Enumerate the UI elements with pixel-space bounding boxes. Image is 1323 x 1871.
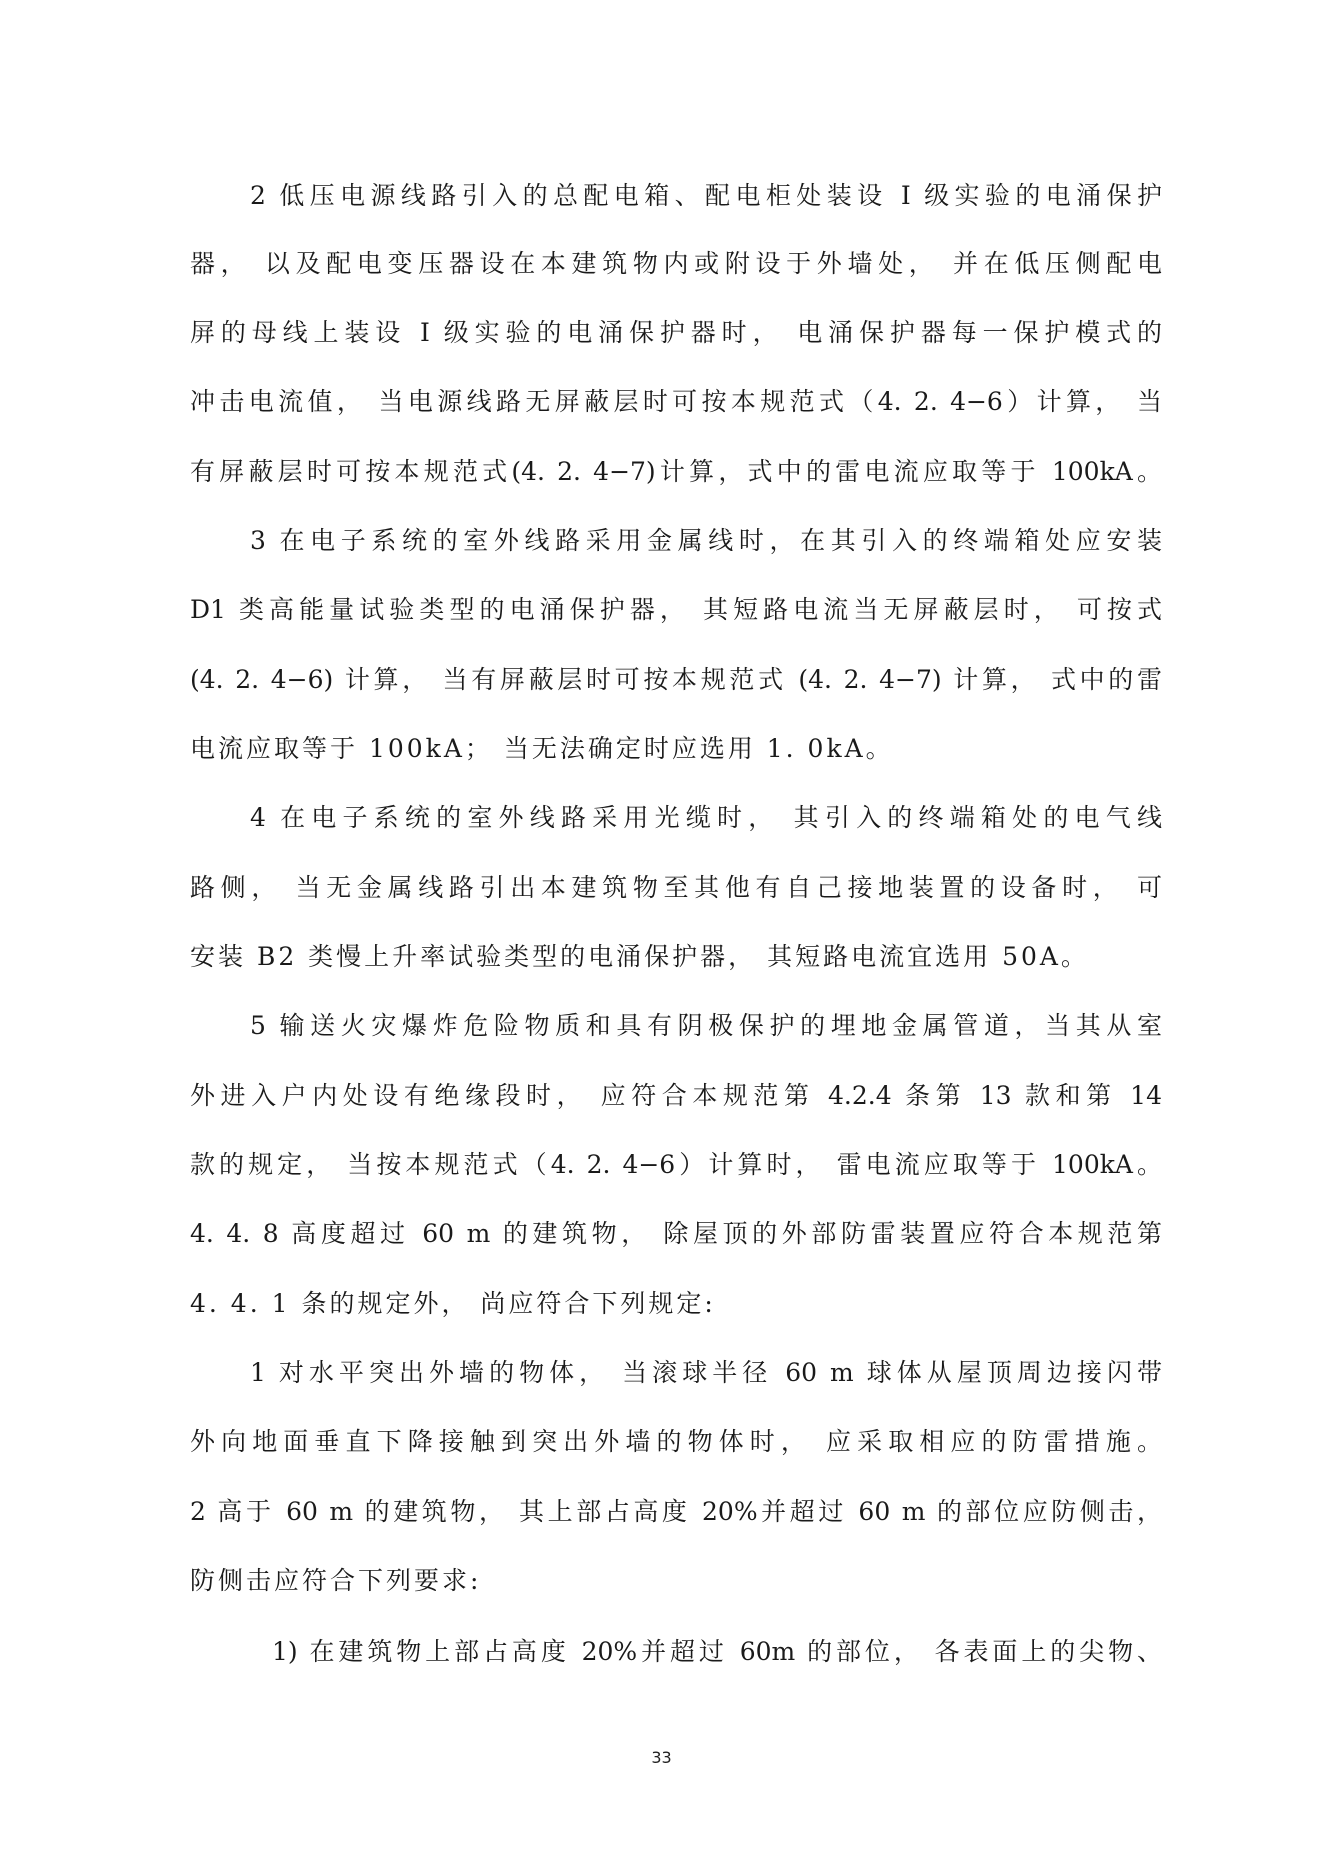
text-line: 2 低压电源线路引入的总配电箱、配电柜处装设 I 级实验的电涌保护 [250,176,1162,216]
text-line: 4 在电子系统的室外线路采用光缆时， 其引入的终端箱处的电气线 [250,798,1162,838]
text-line: 2 高于 60 m 的建筑物， 其上部占高度 20%并超过 60 m 的部位应防… [190,1492,1162,1532]
text-line: 路侧， 当无金属线路引出本建筑物至其他有自己接地装置的设备时， 可 [190,868,1162,908]
text-line: 器， 以及配电变压器设在本建筑物内或附设于外墙处， 并在低压侧配电 [190,244,1162,284]
text-line: 4. 4. 1 条的规定外， 尚应符合下列规定: [190,1284,1162,1324]
text-line: 款的规定， 当按本规范式（4. 2. 4−6）计算时， 雷电流应取等于 100k… [190,1145,1162,1185]
text-line: 外向地面垂直下降接触到突出外墙的物体时， 应采取相应的防雷措施。 [190,1422,1162,1462]
text-line: 3 在电子系统的室外线路采用金属线时，在其引入的终端箱处应安装 [250,521,1162,561]
text-line: 电流应取等于 100kA； 当无法确定时应选用 1. 0kA。 [190,729,1162,769]
text-line: 屏的母线上装设 I 级实验的电涌保护器时， 电涌保护器每一保护模式的 [190,313,1162,353]
text-line: 5 输送火灾爆炸危险物质和具有阴极保护的埋地金属管道，当其从室 [250,1006,1162,1046]
text-line: 冲击电流值， 当电源线路无屏蔽层时可按本规范式（4. 2. 4−6）计算， 当 [190,382,1162,422]
text-line: 有屏蔽层时可按本规范式(4. 2. 4−7)计算，式中的雷电流应取等于 100k… [190,452,1162,492]
text-line: 外进入户内处设有绝缘段时， 应符合本规范第 4.2.4 条第 13 款和第 14 [190,1076,1162,1116]
document-page: 2 低压电源线路引入的总配电箱、配电柜处装设 I 级实验的电涌保护器， 以及配电… [0,0,1323,1871]
text-line: 1) 在建筑物上部占高度 20%并超过 60m 的部位， 各表面上的尖物、 [272,1632,1162,1672]
text-line: 1 对水平突出外墙的物体， 当滚球半径 60 m 球体从屋顶周边接闪带 [250,1353,1162,1393]
text-line: 安装 B2 类慢上升率试验类型的电涌保护器， 其短路电流宜选用 50A。 [190,937,1162,977]
text-line: D1 类高能量试验类型的电涌保护器， 其短路电流当无屏蔽层时， 可按式 [190,590,1162,630]
text-line: 防侧击应符合下列要求: [190,1561,1162,1601]
page-number: 33 [0,1748,1323,1767]
text-line: 4. 4. 8 高度超过 60 m 的建筑物， 除屋顶的外部防雷装置应符合本规范… [190,1214,1162,1254]
text-line: (4. 2. 4−6) 计算， 当有屏蔽层时可按本规范式 (4. 2. 4−7)… [190,660,1162,700]
